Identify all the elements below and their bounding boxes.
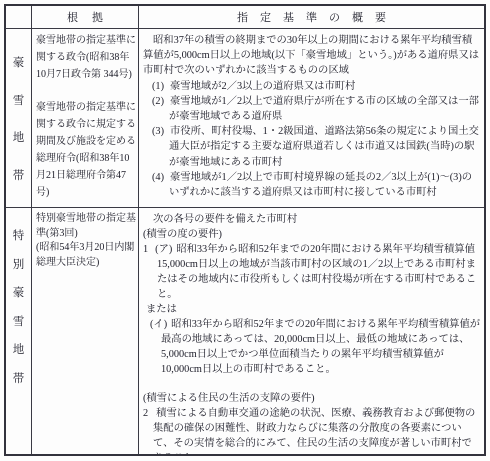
item-number: 1 (143, 244, 148, 255)
subitem-b-text: 昭和33年から昭和52年までの20年間における累年平均積雪積算値が最高の地域にあ… (161, 319, 480, 375)
row-label-heavy-snowfall: 豪雪地帯 (6, 29, 32, 208)
corner-cell (6, 6, 32, 29)
snow-depth-requirement-heading: (積雪の度の要件) (143, 227, 481, 242)
item-number: (2) (152, 96, 164, 107)
item-number: 2 (143, 408, 148, 419)
special-heavy-snowfall-overview-cell: 次の各号の要件を備えた市町村 (積雪の度の要件) 1(ア)昭和33年から昭和52… (139, 208, 484, 454)
subitem-label-b: (イ) (150, 319, 167, 330)
requirement-item-2: 2積雪による自動車交通の途絶の状況、医療、義務教育および郵便物の集配の確保の困難… (143, 406, 481, 454)
heavy-snowfall-overview-cell: 昭和37年の積雪の終期までの30年以上の期間における累年平均積雪積算値が5,00… (139, 29, 484, 208)
designation-criteria-table: 根拠 指定基準の概要 豪雪地帯 豪雪地帯の指定基準に関する政令(昭和38年10月… (4, 4, 486, 456)
page: 根拠 指定基準の概要 豪雪地帯 豪雪地帯の指定基準に関する政令(昭和38年10月… (0, 0, 490, 461)
heavy-snowfall-basis-cell: 豪雪地帯の指定基準に関する政令(昭和38年10月7日政令第 344号) 豪雪地帯… (32, 29, 139, 208)
item-text: 豪雪地域が1／2以上で市町村境界線の延長の2／3以上が(1)〜(3)のいずれかに… (169, 172, 472, 198)
item-text: 市役所、町村役場、1・2級国道、道路法第56条の規定により国土交通大臣が指定する… (169, 126, 479, 167)
criteria-item-1: (1)豪雪地域が2／3以上の道府県又は市町村 (143, 79, 481, 94)
item-text: 積雪による自動車交通の途絶の状況、医療、義務教育および郵便物の集配の確保の困難性… (153, 408, 475, 454)
criteria-item-2: (2)豪雪地域が1／2以上で道府県庁が所在する市の区域の全部又は一部が豪雪地域で… (143, 94, 481, 124)
criteria-item-3: (3)市役所、町村役場、1・2級国道、道路法第56条の規定により国土交通大臣が指… (143, 124, 481, 170)
special-heavy-snowfall-basis-cell: 特別豪雪地帯の指定基準(第3回) (昭和54年3月20日内閣総理大臣決定) (32, 208, 139, 454)
basis-paragraph-pm-office-order: 豪雪地帯の指定基準に関する政令に規定する期間及び施設を定める総理府令(昭和38年… (36, 99, 136, 201)
item-number: (1) (152, 81, 164, 92)
item-number: (4) (152, 172, 164, 183)
or-connector: または (146, 302, 481, 317)
subitem-a-text: 昭和33年から昭和52年までの20年間における累年平均積雪積算値15,000cm… (157, 244, 476, 300)
subitem-label-a: (ア) (155, 244, 172, 255)
item-text: 豪雪地域が1／2以上で道府県庁が所在する市の区域の全部又は一部が豪雪地域である道… (169, 96, 479, 122)
item-number: (3) (152, 126, 164, 137)
requirement-subitem-b: (イ)昭和33年から昭和52年までの20年間における累年平均積雪積算値が最高の地… (143, 317, 481, 377)
criteria-item-4: (4)豪雪地域が1／2以上で市町村境界線の延長の2／3以上が(1)〜(3)のいず… (143, 170, 481, 200)
basis-column-header: 根拠 (32, 6, 139, 29)
basis-paragraph-criteria-round3: 特別豪雪地帯の指定基準(第3回) (36, 212, 136, 241)
life-hindrance-requirement-heading: (積雪による住民の生活の支障の要件) (143, 391, 481, 406)
special-intro: 次の各号の要件を備えた市町村 (143, 212, 481, 227)
row-label-special-heavy-snowfall: 特別豪雪地帯 (6, 208, 32, 454)
heavy-snowfall-intro: 昭和37年の積雪の終期までの30年以上の期間における累年平均積雪積算値が5,00… (143, 33, 481, 79)
item-text: 豪雪地域が2／3以上の道府県又は市町村 (170, 81, 355, 92)
overview-column-header: 指定基準の概要 (139, 6, 484, 29)
basis-paragraph-pm-decision-date: (昭和54年3月20日内閣総理大臣決定) (36, 241, 136, 270)
requirement-item-1: 1(ア)昭和33年から昭和52年までの20年間における累年平均積雪積算値15,0… (143, 242, 481, 302)
basis-paragraph-cabinet-order: 豪雪地帯の指定基準に関する政令(昭和38年10月7日政令第 344号) (36, 32, 136, 83)
